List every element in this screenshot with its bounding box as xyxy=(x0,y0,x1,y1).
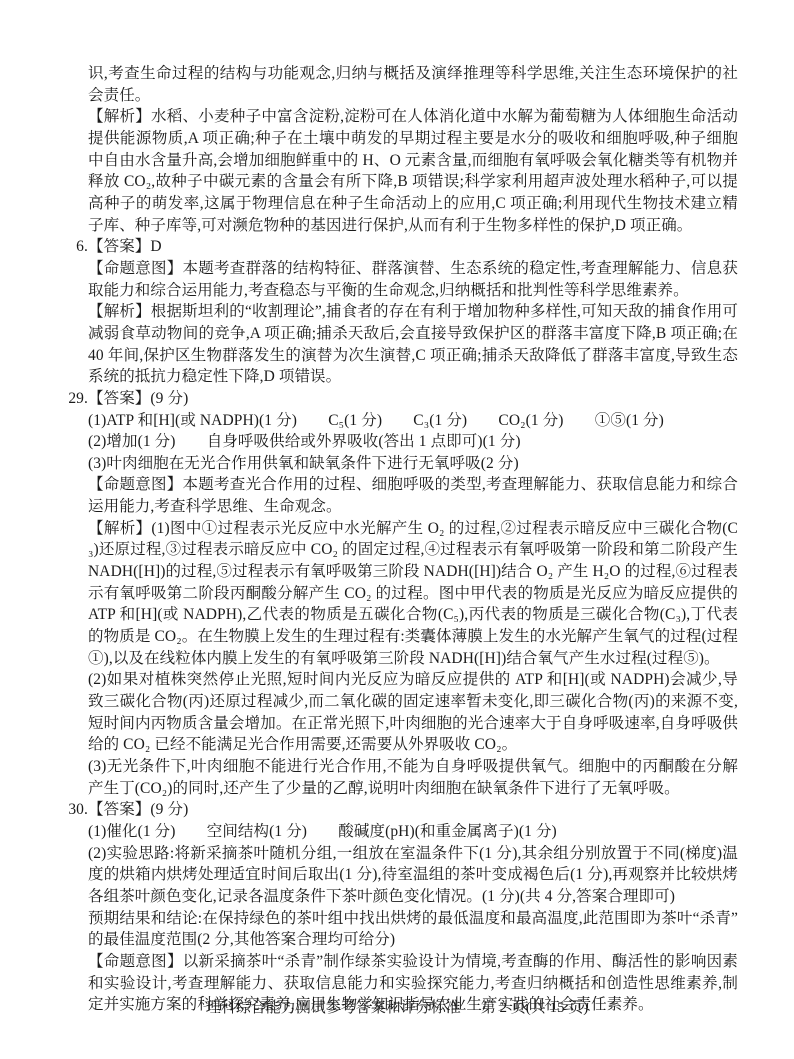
paragraph-text: (1)催化(1 分) 空间结构(1 分) 酸碱度(pH)(和重金属离子)(1 分… xyxy=(88,823,557,840)
q29-analysis-part-3: (3)无光条件下,叶肉细胞不能进行光合作用,不能为自身呼吸提供氧气。细胞中的丙酮… xyxy=(88,756,738,799)
q30-answer-item-1: (1)催化(1 分) 空间结构(1 分) 酸碱度(pH)(和重金属离子)(1 分… xyxy=(88,821,738,843)
q29-answer-item-2: (2)增加(1 分) 自身呼吸供给或外界吸收(答出 1 点即可)(1 分) xyxy=(88,431,738,453)
paragraph-text: (2)增加(1 分) 自身呼吸供给或外界吸收(答出 1 点即可)(1 分) xyxy=(88,433,521,450)
paragraph-text: 【答案】(9 分) xyxy=(88,390,188,407)
question-number: 30. xyxy=(68,799,88,821)
page-footer: 理科综合能力测试参考答案和评分标准第 2 页(共 15 页) xyxy=(0,996,794,1017)
paragraph-text: (1)ATP 和[H](或 NADPH)(1 分) C₅(1 分) C₃(1 分… xyxy=(88,412,664,429)
q29-answer-heading: 29.【答案】(9 分) xyxy=(88,388,738,410)
paragraph-text: (3)无光条件下,叶肉细胞不能进行光合作用,不能为自身呼吸提供氧气。细胞中的丙酮… xyxy=(88,758,738,797)
paragraph-text: 【解析】水稻、小麦种子中富含淀粉,淀粉可在人体消化道中水解为葡萄糖为人体细胞生命… xyxy=(88,108,738,233)
q29-analysis-part-1: 【解析】(1)图中①过程表示光反应中水光解产生 O₂ 的过程,②过程表示暗反应中… xyxy=(88,518,738,670)
q29-answer-item-1: (1)ATP 和[H](或 NADPH)(1 分) C₅(1 分) C₃(1 分… xyxy=(88,410,738,432)
q5-intent-continuation: 识,考查生命过程的结构与功能观念,归纳与概括及演绎推理等科学思维,关注生态环境保… xyxy=(88,63,738,106)
paragraph-text: (3)叶肉细胞在无光合作用供氧和缺氧条件下进行无氧呼吸(2 分) xyxy=(88,455,519,472)
paragraph-text: 【命题意图】本题考查光合作用的过程、细胞呼吸的类型,考查理解能力、获取信息能力和… xyxy=(88,476,738,515)
document-body: 识,考查生命过程的结构与功能观念,归纳与概括及演绎推理等科学思维,关注生态环境保… xyxy=(88,63,738,1016)
paragraph-text: 预期结果和结论:在保持绿色的茶叶组中找出烘烤的最低温度和最高温度,此范围即为茶叶… xyxy=(88,910,738,949)
q6-intent: 【命题意图】本题考查群落的结构特征、群落演替、生态系统的稳定性,考查理解能力、信… xyxy=(88,258,738,301)
q6-analysis: 【解析】根据斯坦利的“收割理论”,捕食者的存在有利于增加物种多样性,可知天敌的捕… xyxy=(88,301,738,388)
paragraph-text: 【答案】D xyxy=(88,238,162,255)
q29-answer-item-3: (3)叶肉细胞在无光合作用供氧和缺氧条件下进行无氧呼吸(2 分) xyxy=(88,453,738,475)
paragraph-text: (2)实验思路:将新采摘茶叶随机分组,一组放在室温条件下(1 分),其余组分别放… xyxy=(88,845,738,905)
q29-analysis-part-2: (2)如果对植株突然停止光照,短时间内光反应为暗反应提供的 ATP 和[H](或… xyxy=(88,669,738,756)
q6-answer: 6.【答案】D xyxy=(88,236,738,258)
q30-answer-item-2: (2)实验思路:将新采摘茶叶随机分组,一组放在室温条件下(1 分),其余组分别放… xyxy=(88,843,738,908)
footer-title: 理科综合能力测试参考答案和评分标准 xyxy=(206,1000,461,1016)
question-number: 6. xyxy=(76,236,88,258)
paragraph-text: 【答案】(9 分) xyxy=(88,801,188,818)
q5-analysis: 【解析】水稻、小麦种子中富含淀粉,淀粉可在人体消化道中水解为葡萄糖为人体细胞生命… xyxy=(88,106,738,236)
footer-page-number: 第 2 页(共 15 页) xyxy=(481,1000,589,1016)
q30-expected-result: 预期结果和结论:在保持绿色的茶叶组中找出烘烤的最低温度和最高温度,此范围即为茶叶… xyxy=(88,908,738,951)
question-number: 29. xyxy=(68,388,88,410)
document-page: 识,考查生命过程的结构与功能观念,归纳与概括及演绎推理等科学思维,关注生态环境保… xyxy=(0,0,794,1059)
paragraph-text: 【解析】根据斯坦利的“收割理论”,捕食者的存在有利于增加物种多样性,可知天敌的捕… xyxy=(88,303,738,385)
paragraph-text: 【解析】(1)图中①过程表示光反应中水光解产生 O₂ 的过程,②过程表示暗反应中… xyxy=(88,520,738,667)
paragraph-text: 【命题意图】本题考查群落的结构特征、群落演替、生态系统的稳定性,考查理解能力、信… xyxy=(88,260,738,299)
paragraph-text: (2)如果对植株突然停止光照,短时间内光反应为暗反应提供的 ATP 和[H](或… xyxy=(88,671,738,753)
q30-answer-heading: 30.【答案】(9 分) xyxy=(88,799,738,821)
paragraph-text: 识,考查生命过程的结构与功能观念,归纳与概括及演绎推理等科学思维,关注生态环境保… xyxy=(88,65,738,104)
q29-intent: 【命题意图】本题考查光合作用的过程、细胞呼吸的类型,考查理解能力、获取信息能力和… xyxy=(88,474,738,517)
